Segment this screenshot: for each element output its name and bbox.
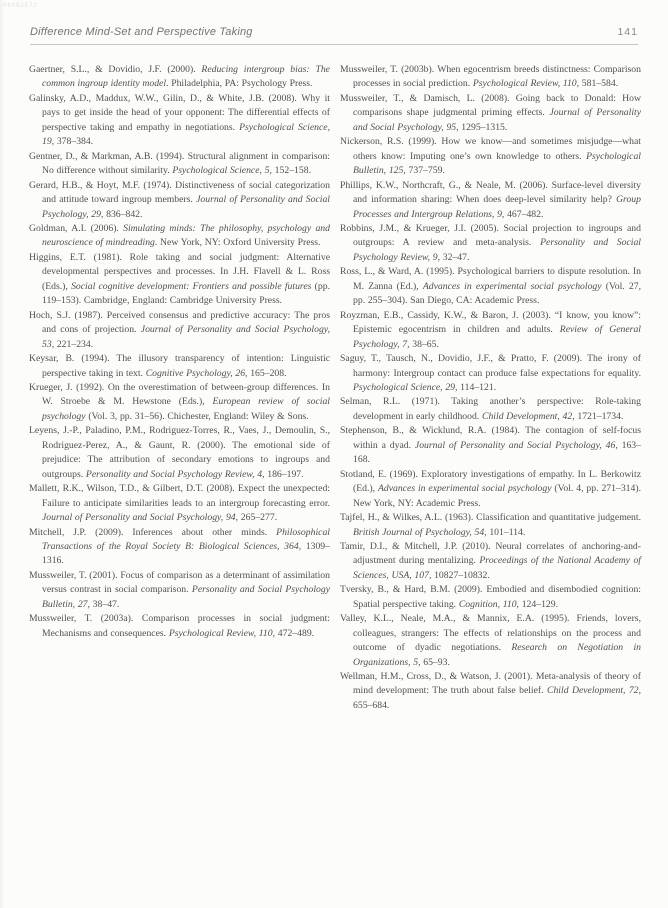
reference-title-segment: Social cognitive development: Frontiers …: [71, 281, 311, 292]
reference-text-segment: , 165–208.: [245, 368, 286, 379]
reference-entry: Goldman, A.I. (2006). Simulating minds: …: [29, 222, 330, 251]
reference-entry: Valley, K.L., Neale, M.A., & Mannix, E.A…: [340, 612, 641, 670]
references-column-left: Gaertner, S.L., & Dovidio, J.F. (2000). …: [29, 63, 330, 713]
reference-text-segment: , 101–114.: [484, 527, 525, 538]
reference-title-segment: Advances in experimental social psycholo…: [423, 281, 602, 292]
reference-entry: Tamir, D.I., & Mitchell, J.P. (2010). Ne…: [340, 540, 641, 583]
reference-text-segment: Mitchell, J.P. (2009). Inferences about …: [29, 527, 276, 538]
reference-text-segment: . New York, NY: Oxford University Press.: [155, 237, 321, 248]
reference-text-segment: , 737–759.: [403, 165, 444, 176]
reference-entry: Galinsky, A.D., Maddux, W.W., Gilin, D.,…: [29, 92, 330, 150]
reference-entry: Robbins, J.M., & Krueger, J.I. (2005). S…: [340, 222, 641, 265]
reference-entry: Hoch, S.J. (1987). Perceived consensus a…: [29, 309, 330, 352]
reference-text-segment: , 152–158.: [270, 165, 311, 176]
reference-text-segment: Goldman, A.I. (2006).: [29, 223, 123, 234]
reference-title-segment: Psychological Review, 110: [473, 78, 577, 89]
reference-text-segment: , 10827–10832.: [429, 570, 490, 581]
reference-text-segment: (Vol. 3, pp. 31–56). Chichester, England…: [86, 411, 309, 422]
scan-document-number: 06082572: [3, 3, 38, 9]
reference-entry: Phillips, K.W., Northcraft, G., & Neale,…: [340, 179, 641, 222]
reference-text-segment: , 221–234.: [52, 339, 93, 350]
running-header: Difference Mind-Set and Perspective Taki…: [30, 26, 638, 38]
reference-entry: Mussweiler, T. (2003a). Comparison proce…: [29, 612, 330, 641]
reference-text-segment: , 1295–1315.: [456, 122, 507, 133]
reference-text-segment: Saguy, T., Tausch, N., Dovidio, J.F., & …: [340, 353, 641, 378]
reference-entry: Gerard, H.B., & Hoyt, M.F. (1974). Disti…: [29, 179, 330, 222]
reference-text-segment: Gaertner, S.L., & Dovidio, J.F. (2000).: [29, 64, 201, 75]
reference-title-segment: Psychological Science, 29: [353, 382, 455, 393]
reference-entry: Ross, L., & Ward, A. (1995). Psychologic…: [340, 265, 641, 308]
reference-text-segment: , 65–93.: [418, 657, 450, 668]
reference-title-segment: Cognition, 110: [459, 599, 517, 610]
reference-text-segment: , 1721–1734.: [572, 411, 623, 422]
reference-title-segment: Advances in experimental social psycholo…: [378, 483, 552, 494]
reference-title-segment: Psychological Review, 110: [169, 628, 273, 639]
reference-text-segment: , 186–197.: [262, 469, 303, 480]
reference-text-segment: , 581–584.: [577, 78, 618, 89]
journal-page: 06082572 Difference Mind-Set and Perspec…: [0, 0, 668, 908]
reference-title-segment: Child Development, 72: [547, 685, 639, 696]
page-number: 141: [617, 26, 638, 38]
reference-entry: Gentner, D., & Markman, A.B. (1994). Str…: [29, 150, 330, 179]
reference-entry: Mussweiler, T. (2003b). When egocentrism…: [340, 63, 641, 92]
reference-text-segment: , 32–47.: [438, 252, 470, 263]
reference-text-segment: , 378–384.: [52, 136, 93, 147]
reference-text-segment: , 472–489.: [273, 628, 314, 639]
reference-entry: Stotland, E. (1969). Exploratory investi…: [340, 468, 641, 511]
reference-text-segment: , 114–121.: [455, 382, 496, 393]
reference-entry: Mitchell, J.P. (2009). Inferences about …: [29, 526, 330, 569]
reference-text-segment: Tajfel, H., & Wilkes, A.L. (1963). Class…: [340, 512, 641, 523]
reference-entry: Mallett, R.K., Wilson, T.D., & Gilbert, …: [29, 482, 330, 525]
reference-text-segment: , 265–277.: [236, 512, 277, 523]
reference-entry: Stephenson, B., & Wicklund, R.A. (1984).…: [340, 424, 641, 467]
reference-entry: Selman, R.L. (1971). Taking another’s pe…: [340, 395, 641, 424]
reference-text-segment: Mallett, R.K., Wilson, T.D., & Gilbert, …: [29, 483, 330, 508]
reference-entry: Higgins, E.T. (1981). Role taking and so…: [29, 251, 330, 309]
reference-text-segment: , 124–129.: [517, 599, 558, 610]
reference-text-segment: , 38–65.: [407, 339, 439, 350]
reference-title-segment: Personality and Social Psychology Review…: [86, 469, 262, 480]
reference-title-segment: Child Development, 42: [482, 411, 572, 422]
reference-entry: Royzman, E.B., Cassidy, K.W., & Baron, J…: [340, 309, 641, 352]
reference-title-segment: Journal of Personality and Social Psycho…: [415, 440, 615, 451]
reference-entry: Tversky, B., & Hard, B.M. (2009). Embodi…: [340, 583, 641, 612]
reference-text-segment: , 836–842.: [101, 209, 142, 220]
references-column-right: Mussweiler, T. (2003b). When egocentrism…: [340, 63, 641, 713]
reference-entry: Mussweiler, T. (2001). Focus of comparis…: [29, 569, 330, 612]
reference-text-segment: Phillips, K.W., Northcraft, G., & Neale,…: [340, 180, 641, 205]
reference-entry: Tajfel, H., & Wilkes, A.L. (1963). Class…: [340, 511, 641, 540]
reference-title-segment: Psychological Science, 5: [172, 165, 269, 176]
reference-text-segment: , 38–47.: [88, 599, 120, 610]
reference-entry: Krueger, J. (1992). On the overestimatio…: [29, 381, 330, 424]
reference-entry: Keysar, B. (1994). The illusory transpar…: [29, 352, 330, 381]
reference-entry: Mussweiler, T., & Damisch, L. (2008). Go…: [340, 92, 641, 135]
reference-text-segment: , 467–482.: [502, 209, 543, 220]
reference-entry: Wellman, H.M., Cross, D., & Watson, J. (…: [340, 670, 641, 713]
reference-entry: Saguy, T., Tausch, N., Dovidio, J.F., & …: [340, 352, 641, 395]
reference-title-segment: Journal of Personality and Social Psycho…: [42, 512, 236, 523]
reference-entry: Gaertner, S.L., & Dovidio, J.F. (2000). …: [29, 63, 330, 92]
reference-title-segment: British Journal of Psychology, 54: [353, 527, 484, 538]
reference-entry: Nickerson, R.S. (1999). How we know—and …: [340, 135, 641, 178]
references-section: Gaertner, S.L., & Dovidio, J.F. (2000). …: [29, 63, 641, 713]
header-rule: [30, 44, 638, 45]
reference-text-segment: . Philadelphia, PA: Psychology Press.: [166, 78, 312, 89]
reference-entry: Leyens, J.-P., Paladino, P.M., Rodriguez…: [29, 424, 330, 482]
reference-title-segment: Cognitive Psychology, 26: [146, 368, 245, 379]
running-head-title: Difference Mind-Set and Perspective Taki…: [30, 26, 253, 38]
